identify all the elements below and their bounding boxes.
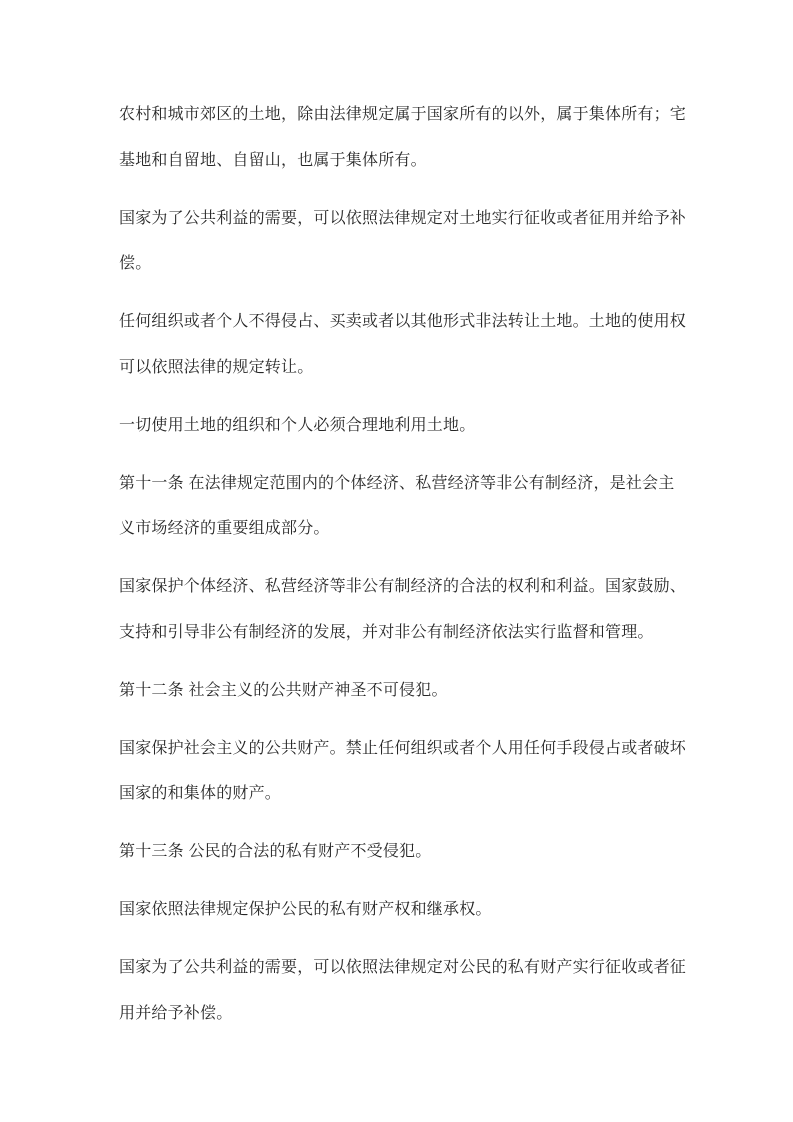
paragraph: 一切使用土地的组织和个人必须合理地利用土地。 — [119, 403, 677, 449]
text-line: 偿。 — [119, 241, 677, 287]
paragraph-article-13: 第十三条 公民的合法的私有财产不受侵犯。 — [119, 829, 677, 875]
text-line: 一切使用土地的组织和个人必须合理地利用土地。 — [119, 403, 677, 449]
text-line: 国家保护社会主义的公共财产。禁止任何组织或者个人用任何手段侵占或者破坏 — [119, 726, 677, 772]
paragraph-article-12: 第十二条 社会主义的公共财产神圣不可侵犯。 — [119, 668, 677, 714]
paragraph: 国家依照法律规定保护公民的私有财产权和继承权。 — [119, 887, 677, 933]
text-line: 国家的和集体的财产。 — [119, 771, 677, 817]
text-line: 基地和自留地、自留山，也属于集体所有。 — [119, 138, 677, 184]
paragraph: 国家保护社会主义的公共财产。禁止任何组织或者个人用任何手段侵占或者破坏 国家的和… — [119, 726, 677, 817]
paragraph-article-11: 第十一条 在法律规定范围内的个体经济、私营经济等非公有制经济，是社会主 义市场经… — [119, 461, 677, 552]
paragraph: 国家为了公共利益的需要，可以依照法律规定对公民的私有财产实行征收或者征 用并给予… — [119, 945, 677, 1036]
text-line: 第十三条 公民的合法的私有财产不受侵犯。 — [119, 829, 677, 875]
text-line: 第十二条 社会主义的公共财产神圣不可侵犯。 — [119, 668, 677, 714]
document-page: 农村和城市郊区的土地，除由法律规定属于国家所有的以外，属于集体所有；宅 基地和自… — [0, 0, 793, 1122]
text-line: 可以依照法律的规定转让。 — [119, 345, 677, 391]
text-line: 国家保护个体经济、私营经济等非公有制经济的合法的权利和利益。国家鼓励、 — [119, 564, 677, 610]
text-line: 用并给予补偿。 — [119, 991, 677, 1037]
text-line: 国家为了公共利益的需要，可以依照法律规定对公民的私有财产实行征收或者征 — [119, 945, 677, 991]
text-line: 任何组织或者个人不得侵占、买卖或者以其他形式非法转让土地。土地的使用权 — [119, 299, 677, 345]
paragraph: 农村和城市郊区的土地，除由法律规定属于国家所有的以外，属于集体所有；宅 基地和自… — [119, 92, 677, 183]
paragraph: 国家保护个体经济、私营经济等非公有制经济的合法的权利和利益。国家鼓励、 支持和引… — [119, 564, 677, 655]
text-line: 义市场经济的重要组成部分。 — [119, 506, 677, 552]
paragraph: 任何组织或者个人不得侵占、买卖或者以其他形式非法转让土地。土地的使用权 可以依照… — [119, 299, 677, 390]
text-line: 国家为了公共利益的需要，可以依照法律规定对土地实行征收或者征用并给予补 — [119, 196, 677, 242]
text-line: 第十一条 在法律规定范围内的个体经济、私营经济等非公有制经济，是社会主 — [119, 461, 677, 507]
text-line: 国家依照法律规定保护公民的私有财产权和继承权。 — [119, 887, 677, 933]
text-line: 支持和引导非公有制经济的发展，并对非公有制经济依法实行监督和管理。 — [119, 610, 677, 656]
paragraph: 国家为了公共利益的需要，可以依照法律规定对土地实行征收或者征用并给予补 偿。 — [119, 196, 677, 287]
text-line: 农村和城市郊区的土地，除由法律规定属于国家所有的以外，属于集体所有；宅 — [119, 92, 677, 138]
